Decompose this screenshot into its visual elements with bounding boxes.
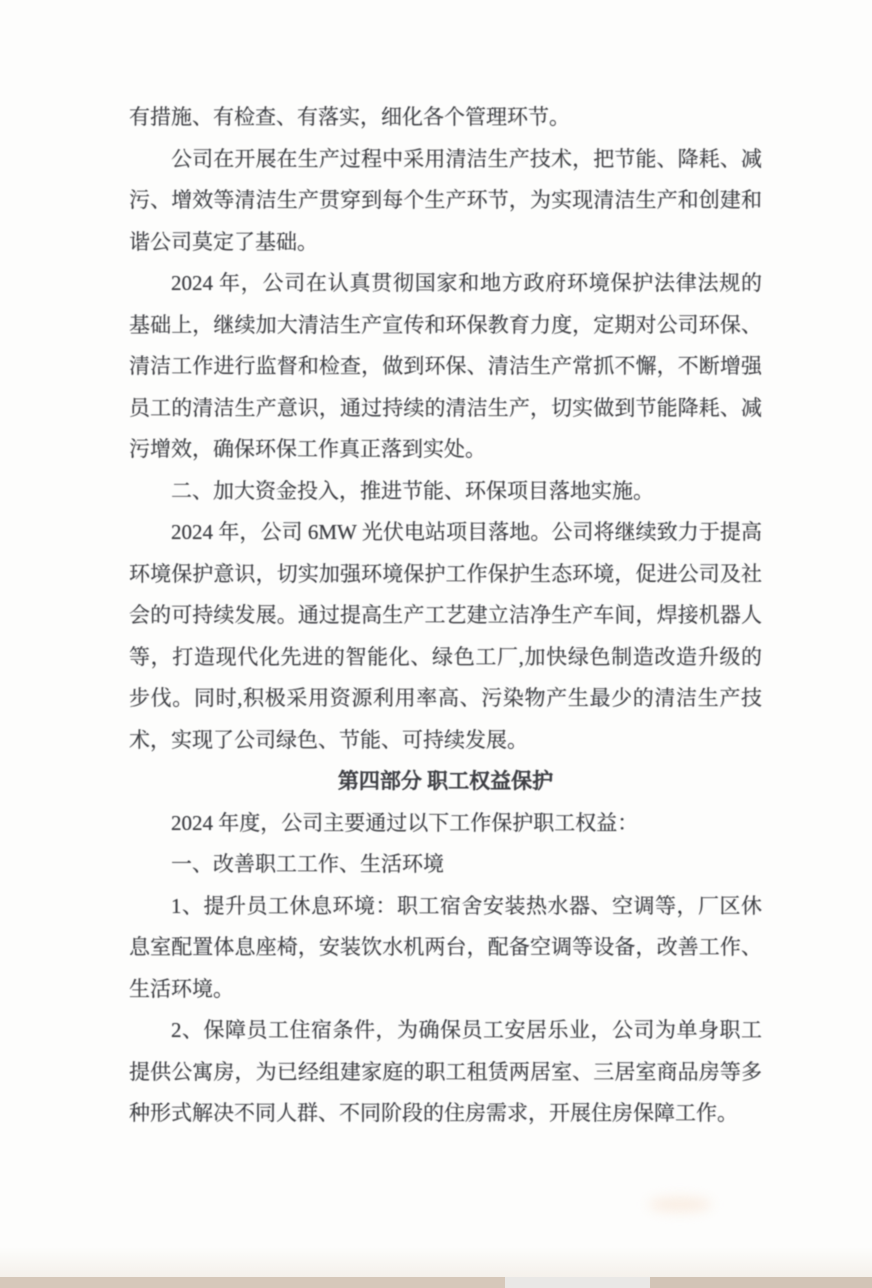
desk-edge-segment <box>650 1277 872 1288</box>
paragraph: 有措施、有检查、有落实，细化各个管理环节。 <box>129 97 762 139</box>
paragraph: 2024 年，公司 6MW 光伏电站项目落地。公司将继续致力于提高环境保护意识，… <box>129 512 762 761</box>
desk-edge-segment <box>0 1277 505 1288</box>
document-page: 有措施、有检查、有落实，细化各个管理环节。公司在开展在生产过程中采用清洁生产技术… <box>0 0 872 1288</box>
paragraph: 1、提升员工休息环境：职工宿舍安装热水器、空调等，厂区休息室配置体息座椅，安装饮… <box>129 886 762 1011</box>
photo-smudge <box>648 1197 712 1212</box>
desk-edge-segment <box>505 1277 650 1288</box>
paragraph: 2024 年，公司在认真贯彻国家和地方政府环境保护法律法规的基础上，继续加大清洁… <box>129 263 762 471</box>
paragraph: 公司在开展在生产过程中采用清洁生产技术，把节能、降耗、减污、增效等清洁生产贯穿到… <box>129 139 762 264</box>
paragraph: 2、保障员工住宿条件，为确保员工安居乐业，公司为单身职工提供公寓房，为已经组建家… <box>129 1010 762 1135</box>
paragraph: 一、改善职工工作、生活环境 <box>129 844 762 886</box>
paragraph: 二、加大资金投入，推进节能、环保项目落地实施。 <box>129 471 762 513</box>
section-heading: 第四部分 职工权益保护 <box>129 761 762 803</box>
photo-desk-edge <box>0 1277 872 1288</box>
document-body: 有措施、有检查、有落实，细化各个管理环节。公司在开展在生产过程中采用清洁生产技术… <box>129 97 762 1135</box>
paragraph: 2024 年度，公司主要通过以下工作保护职工权益： <box>129 803 762 845</box>
